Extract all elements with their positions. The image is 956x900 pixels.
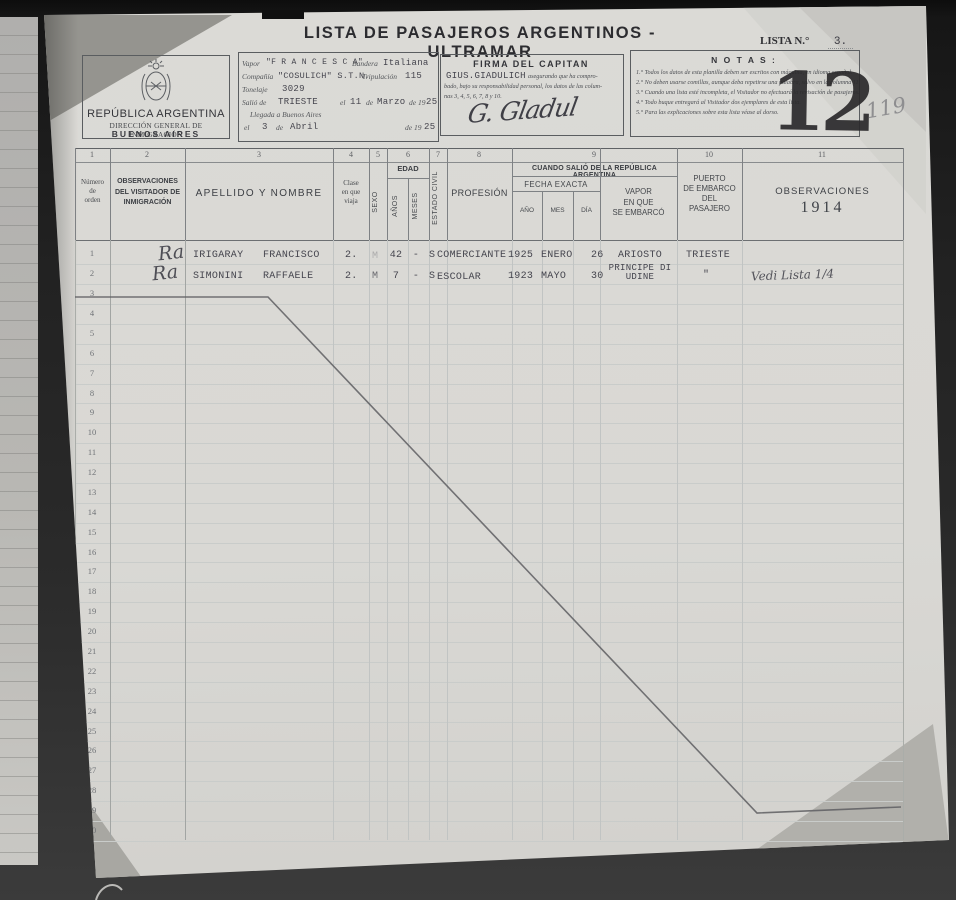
binding-thread	[0, 0, 956, 900]
scanned-passenger-list-photo: LISTA DE PASAJEROS ARGENTINOS - ULTRAMAR…	[0, 0, 956, 900]
